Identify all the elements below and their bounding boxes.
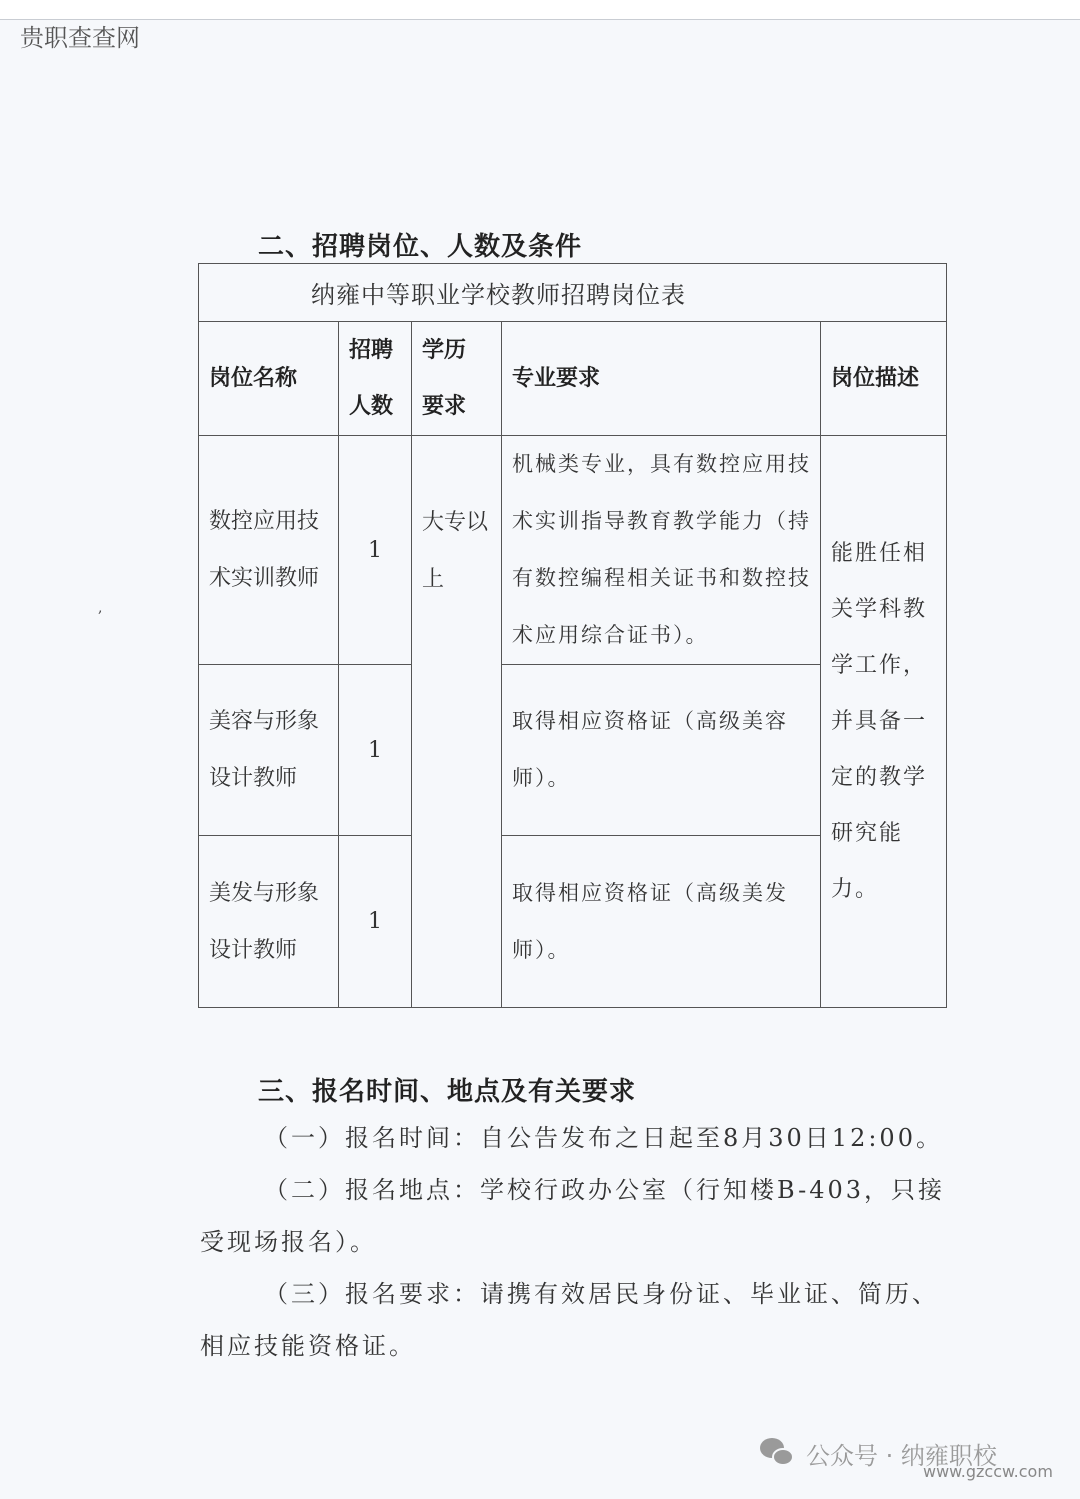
scan-mark: ,	[98, 600, 102, 616]
table-row: 数控应用技术实训教师 1 大专以上 机械类专业，具有数控应用技术实训指导教育教学…	[199, 436, 947, 665]
position-name: 美发与形象设计教师	[199, 836, 339, 1008]
registration-location: （二）报名地点：学校行政办公室（行知楼B-403，只接受现场报名）。	[200, 1164, 950, 1268]
header-count: 招聘人数	[339, 322, 412, 436]
major-requirement: 机械类专业，具有数控应用技术实训指导教育教学能力（持有数控编程相关证书和数控技术…	[502, 436, 821, 665]
header-education: 学历要求	[412, 322, 502, 436]
section-heading-positions: 二、招聘岗位、人数及条件	[258, 226, 582, 263]
major-requirement: 取得相应资格证（高级美发师）。	[502, 836, 821, 1008]
position-count: 1	[339, 665, 412, 836]
table-caption: 纳雍中等职业学校教师招聘岗位表	[199, 264, 947, 322]
site-watermark: 贵职查查网	[20, 18, 140, 53]
site-url-watermark: www.gzccw.com	[923, 1462, 1053, 1481]
position-description: 能胜任相关学科教学工作，并具备一定的教学研究能力。	[821, 436, 947, 1008]
header-position: 岗位名称	[199, 322, 339, 436]
major-requirement: 取得相应资格证（高级美容师）。	[502, 665, 821, 836]
registration-requirements: （三）报名要求：请携有效居民身份证、毕业证、简历、相应技能资格证。	[200, 1268, 950, 1372]
section-heading-registration: 三、报名时间、地点及有关要求	[258, 1071, 636, 1108]
wechat-icon	[760, 1438, 798, 1470]
position-count: 1	[339, 836, 412, 1008]
recruitment-table: 纳雍中等职业学校教师招聘岗位表 岗位名称 招聘人数 学历要求 专业要求 岗位描述…	[198, 263, 947, 1008]
top-strip	[0, 0, 1080, 20]
header-description: 岗位描述	[821, 322, 947, 436]
position-name: 数控应用技术实训教师	[199, 436, 339, 665]
registration-time: （一）报名时间：自公告发布之日起至8月30日12:00。	[200, 1112, 950, 1164]
position-count: 1	[339, 436, 412, 665]
education-requirement: 大专以上	[412, 436, 502, 1008]
position-name: 美容与形象设计教师	[199, 665, 339, 836]
header-major: 专业要求	[502, 322, 821, 436]
